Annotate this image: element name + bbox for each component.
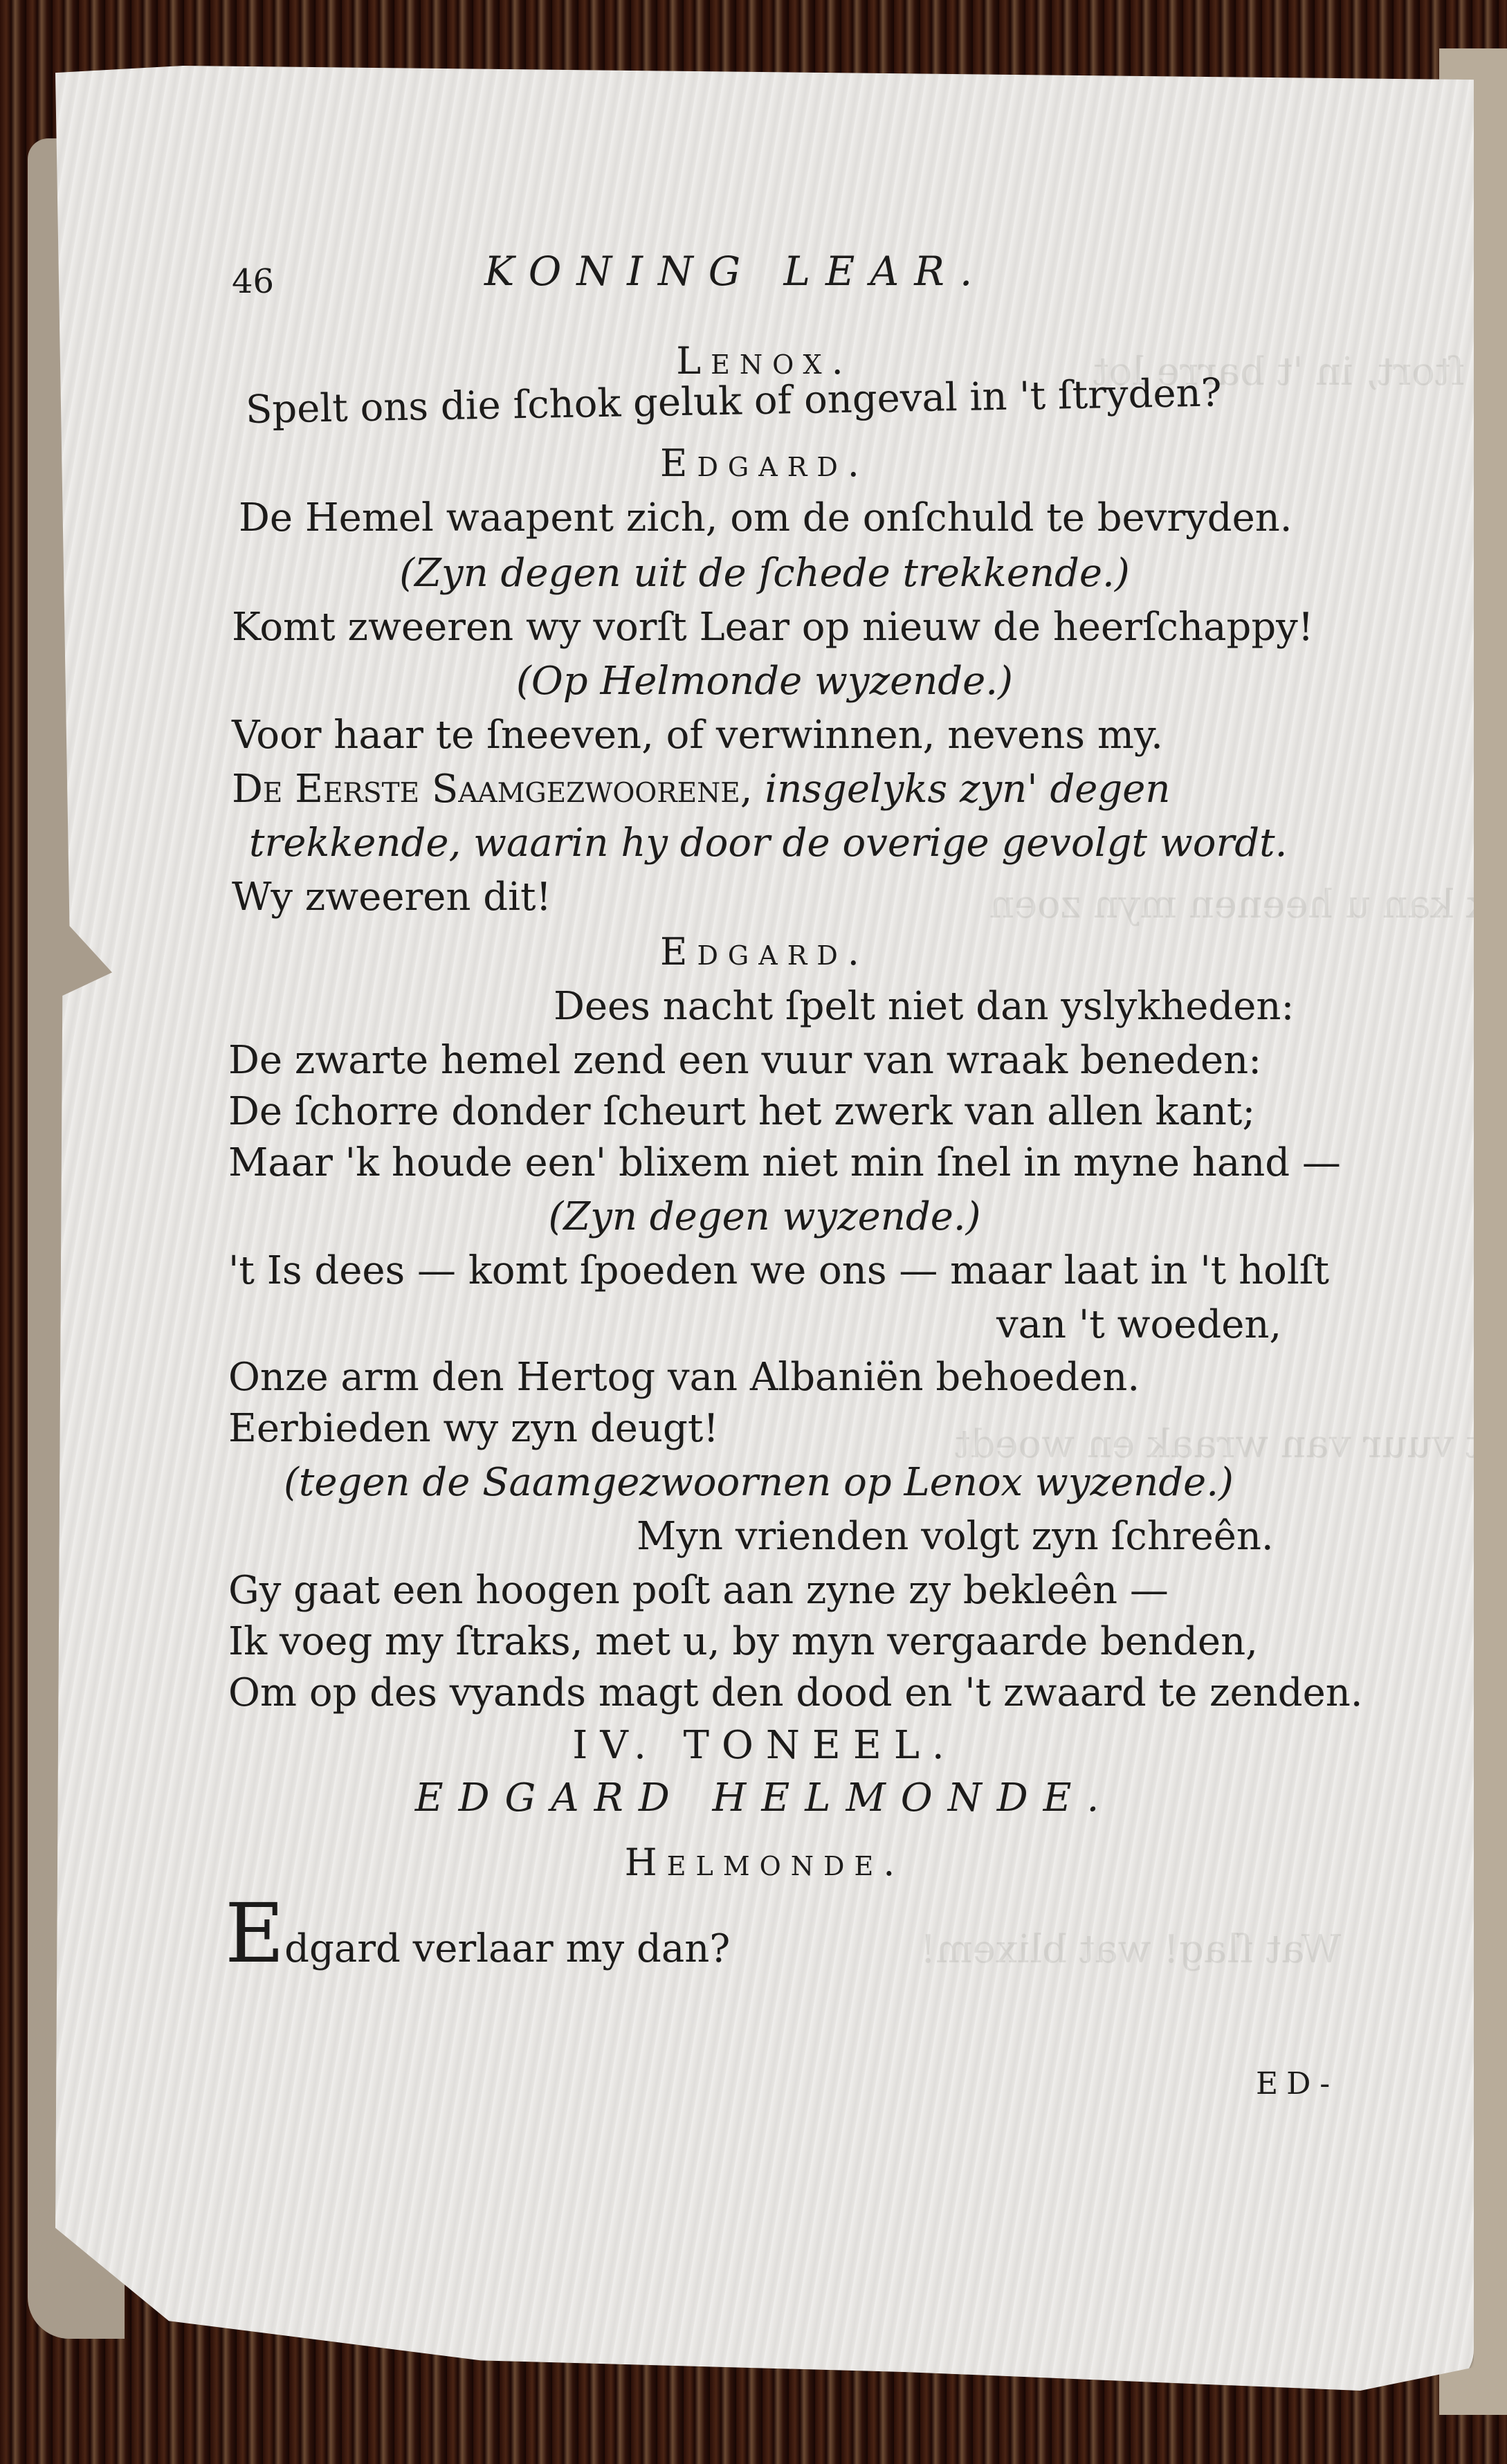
- stage-direction: insgelyks zyn' degen: [765, 767, 1170, 812]
- stage-direction: trekkende, waarin hy door de overige gev…: [249, 824, 1287, 863]
- stage-direction: (tegen de Saamgezwoornen op Lenox wyzend…: [284, 1463, 1234, 1502]
- speaker-heading: Edgard.: [55, 445, 1474, 482]
- verse-line: Myn vrienden volgt zyn ſchreên.: [637, 1517, 1274, 1556]
- verse-line: Om op des vyands magt den dood en 't zwa…: [228, 1674, 1363, 1713]
- drop-cap: E: [225, 1886, 284, 1981]
- verse-line: Eerbieden wy zyn deugt!: [228, 1409, 719, 1448]
- stage-direction: (Zyn degen uit de ſchede trekkende.): [55, 554, 1474, 593]
- verse-line: De ſchorre donder ſcheurt het zwerk van …: [228, 1093, 1255, 1131]
- page-number: 46: [232, 265, 274, 298]
- speaker-direction-line: De Eerste Saamgezwoorene, insgelyks zyn'…: [232, 770, 1170, 809]
- page-text-block: 46 KONING LEAR. Lenox. Spelt ons die ſch…: [55, 66, 1474, 2391]
- stage-direction: (Zyn degen wyzende.): [55, 1198, 1474, 1236]
- verse-line-continuation: van 't woeden,: [996, 1306, 1281, 1344]
- verse-line: De Hemel waapent zich, om de onſchuld te…: [239, 499, 1293, 538]
- opening-line: Edgard verlaar my dan?: [225, 1892, 730, 1974]
- speaker-heading: Lenox.: [55, 343, 1474, 380]
- verse-line: Voor haar te ſneeven, of verwinnen, neve…: [232, 716, 1163, 755]
- running-head: KONING LEAR.: [484, 251, 987, 291]
- verse-line: dgard verlaar my dan?: [284, 1926, 730, 1971]
- speaker-heading: Edgard.: [55, 933, 1474, 971]
- verse-line: Maar 'k houde een' blixem niet min ſnel …: [228, 1144, 1341, 1183]
- verse-line: Spelt ons die ſchok geluk of ongeval in …: [246, 374, 1223, 430]
- stage-direction: (Op Helmonde wyzende.): [55, 662, 1474, 701]
- verse-line: Onze arm den Hertog van Albaniën behoede…: [228, 1358, 1140, 1397]
- verse-line: 't Is dees — komt ſpoeden we ons — maar …: [228, 1252, 1329, 1290]
- verse-line: Ik voeg my ſtraks, met u, by myn vergaar…: [228, 1623, 1258, 1661]
- scene-characters: EDGARD HELMONDE.: [55, 1779, 1474, 1818]
- catchword: ED-: [1256, 2069, 1338, 2099]
- book-page: Zy ſtort, in 't barre lot Ik kan u heene…: [55, 66, 1474, 2391]
- speaker-label: De Eerste Saamgezwoorene,: [232, 767, 753, 812]
- verse-line: Dees nacht ſpelt niet dan yslykheden:: [554, 987, 1294, 1026]
- speaker-heading: Helmonde.: [55, 1844, 1474, 1881]
- verse-line: Gy gaat een hoogen poſt aan zyne zy bekl…: [228, 1571, 1169, 1610]
- verse-line: Wy zweeren dit!: [232, 878, 551, 917]
- scene-heading: IV. TONEEL.: [55, 1726, 1474, 1765]
- verse-line: De zwarte hemel zend een vuur van wraak …: [228, 1041, 1261, 1080]
- verse-line: Komt zweeren wy vorſt Lear op nieuw de h…: [232, 608, 1313, 647]
